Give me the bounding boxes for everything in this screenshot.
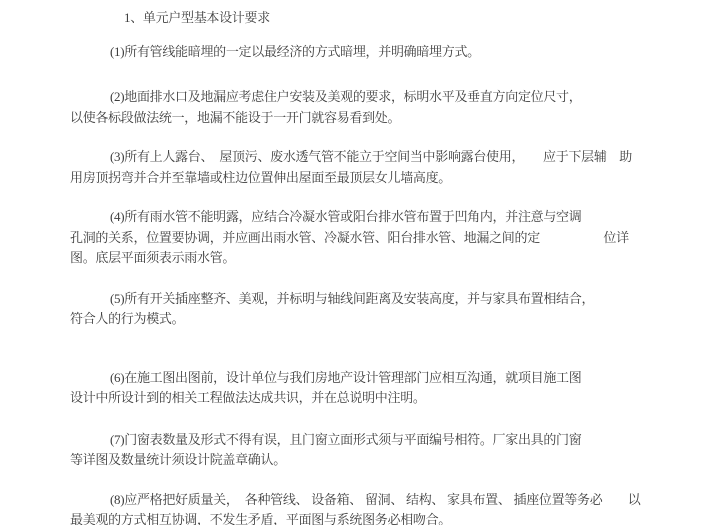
section-heading: 1、单元户型基本设计要求: [70, 8, 693, 29]
paragraph-4: (4)所有雨水管不能明露，应结合冷凝水管或阳台排水管布置于凹角内，并注意与空调 …: [70, 207, 693, 269]
paragraph-6: (6)在施工图出图前，设计单位与我们房地产设计管理部门应相互沟通，就项目施工图 …: [70, 368, 693, 409]
paragraph-2: (2)地面排水口及地漏应考虑住户安装及美观的要求，标明水平及垂直方向定位尺寸， …: [70, 87, 693, 128]
paragraph-5: (5)所有开关插座整齐、美观，并标明与轴线间距离及安装高度，并与家具布置相结合，…: [70, 289, 693, 330]
paragraph-3: (3)所有上人露台、 屋顶污、废水透气管不能立于空间当中影响露台使用， 应于下层…: [70, 147, 693, 188]
text-line: (4)所有雨水管不能明露，应结合冷凝水管或阳台排水管布置于凹角内，并注意与空调: [70, 207, 693, 228]
text-line: 等详图及数量统计须设计院盖章确认。: [70, 450, 693, 471]
text-line: (8)应严格把好质量关， 各种管线、 设备箱、 留洞、 结构、 家具布置、 插座…: [70, 490, 693, 511]
text-line: 孔洞的关系，位置要协调，并应画出雨水管、冷凝水管、阳台排水管、地漏之间的定 位详: [70, 228, 693, 249]
text-line: (6)在施工图出图前，设计单位与我们房地产设计管理部门应相互沟通，就项目施工图: [70, 368, 693, 389]
text-line: 用房顶拐弯并合并至靠墙或柱边位置伸出屋面至最顶层女儿墙高度。: [70, 168, 693, 189]
text-line: (5)所有开关插座整齐、美观，并标明与轴线间距离及安装高度，并与家具布置相结合，: [70, 289, 693, 310]
text-line: 图。底层平面须表示雨水管。: [70, 248, 693, 269]
paragraph-7: (7)门窗表数量及形式不得有误，且门窗立面形式须与平面编号相符。厂家出具的门窗 …: [70, 430, 693, 471]
text-line: 最美观的方式相互协调，不发生矛盾，平面图与系统图务必相吻合。: [70, 510, 693, 525]
text-line: (3)所有上人露台、 屋顶污、废水透气管不能立于空间当中影响露台使用， 应于下层…: [70, 147, 693, 168]
text-line: 符合人的行为模式。: [70, 309, 693, 330]
text-line: (7)门窗表数量及形式不得有误，且门窗立面形式须与平面编号相符。厂家出具的门窗: [70, 430, 693, 451]
paragraph-1: (1)所有管线能暗埋的一定以最经济的方式暗埋，并明确暗埋方式。: [70, 42, 693, 63]
document-page: 1、单元户型基本设计要求 (1)所有管线能暗埋的一定以最经济的方式暗埋，并明确暗…: [0, 0, 703, 525]
text-line: 设计中所设计到的相关工程做法达成共识，并在总说明中注明。: [70, 388, 693, 409]
text-line: (2)地面排水口及地漏应考虑住户安装及美观的要求，标明水平及垂直方向定位尺寸，: [70, 87, 693, 108]
heading-text: 1、单元户型基本设计要求: [70, 8, 693, 29]
paragraph-8: (8)应严格把好质量关， 各种管线、 设备箱、 留洞、 结构、 家具布置、 插座…: [70, 490, 693, 525]
text-line: 以使各标段做法统一，地漏不能设于一开门就容易看到处。: [70, 108, 693, 129]
text-line: (1)所有管线能暗埋的一定以最经济的方式暗埋，并明确暗埋方式。: [70, 42, 693, 63]
